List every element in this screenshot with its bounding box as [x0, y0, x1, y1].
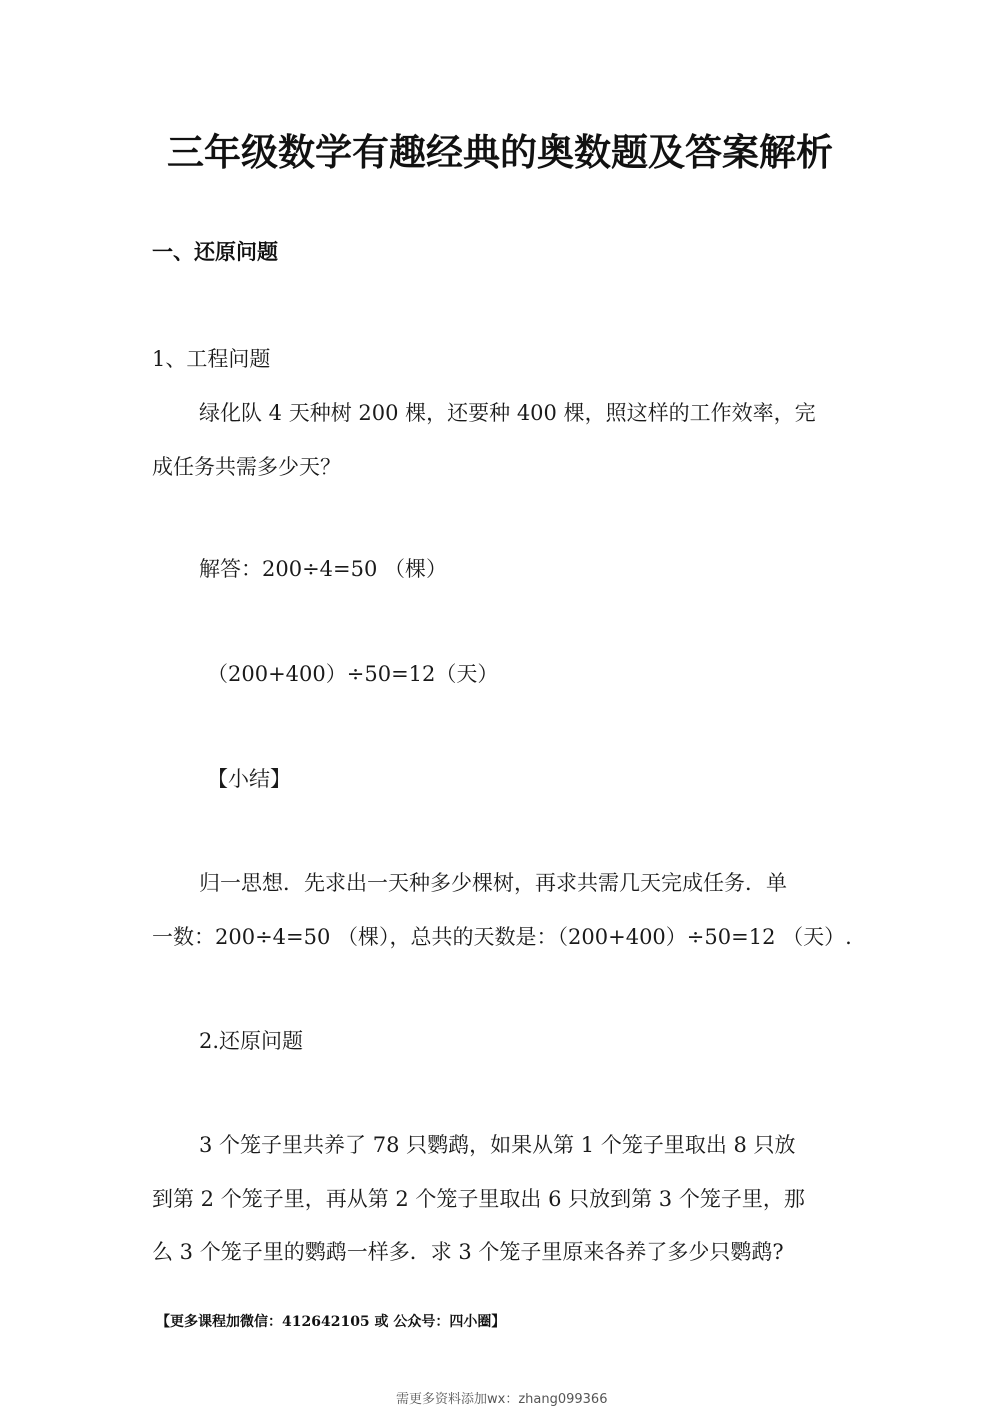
problem-1-summary-line-2: 一数：200÷4=50 （棵），总共的天数是：（200+400）÷50=12 （… — [152, 921, 852, 951]
problem-2-question-line-3: 么 3 个笼子里的鹦鹉一样多．求 3 个笼子里原来各养了多少只鹦鹉? — [152, 1236, 784, 1266]
problem-1-answer-line-1: 解答：200÷4=50 （棵） — [199, 553, 447, 583]
problem-1-heading: 1、工程问题 — [152, 343, 270, 373]
problem-1-question-line-2: 成任务共需多少天？ — [152, 451, 341, 481]
problem-2-question-line-2: 到第 2 个笼子里，再从第 2 个笼子里取出 6 只放到第 3 个笼子里，那 — [152, 1183, 805, 1213]
problem-1-summary-line-1: 归一思想．先求出一天种多少棵树，再求共需几天完成任务．单 — [199, 867, 787, 897]
problem-2-heading: 2.还原问题 — [199, 1025, 303, 1055]
watermark-text: 需更多资料添加wx：zhang099366 — [396, 1388, 607, 1407]
document-title: 三年级数学有趣经典的奥数题及答案解析 — [0, 122, 1000, 176]
problem-1-question-line-1: 绿化队 4 天种树 200 棵，还要种 400 棵，照这样的工作效率，完 — [199, 397, 816, 427]
problem-1-summary-label: 【小结】 — [207, 763, 291, 793]
footer-contact-note: 【更多课程加微信：412642105 或 公众号：四小圈】 — [156, 1311, 505, 1331]
problem-2-question-line-1: 3 个笼子里共养了 78 只鹦鹉，如果从第 1 个笼子里取出 8 只放 — [199, 1129, 796, 1159]
section-heading: 一、还原问题 — [152, 236, 278, 266]
problem-1-answer-line-2: （200+400）÷50=12（天） — [207, 658, 498, 688]
